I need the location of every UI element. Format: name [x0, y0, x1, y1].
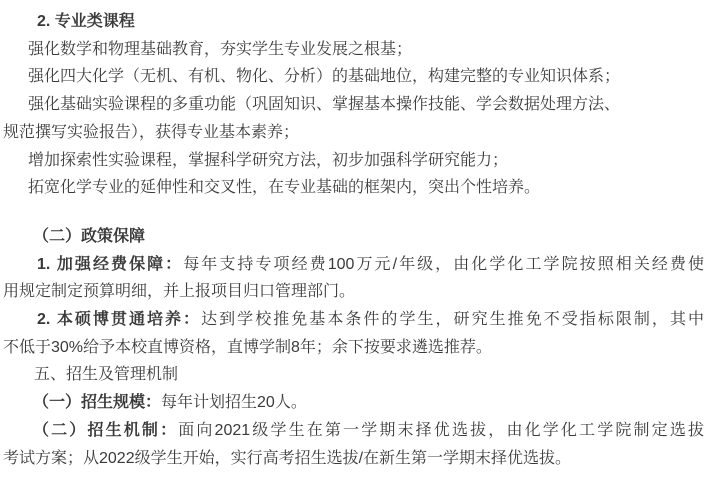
- paragraph-line: 拓宽化学专业的延伸性和交叉性，在专业基础的框架内，突出个性培养。: [3, 174, 704, 202]
- paragraph-text: 每年计划招生20人。: [161, 394, 307, 411]
- paragraph-line: 不低于30%给予本校直博资格，直博学制8年；余下按要求遴选推荐。: [3, 334, 704, 362]
- paragraph-line: 规范撰写实验报告），获得专业基本素养；: [3, 119, 704, 147]
- heading-specialty-courses: 2. 专业类课程: [3, 8, 704, 36]
- heading-enrollment-management: 五、招生及管理机制: [3, 361, 704, 389]
- paragraph-line: 强化基础实验课程的多重功能（巩固知识、掌握基本操作技能、学会数据处理方法、: [3, 91, 704, 119]
- paragraph-line: （二）招生机制：面向2021级学生在第一学期末择优选拔，由化学化工学院制定选拔: [3, 417, 704, 445]
- paragraph-text: 达到学校推免基本条件的学生，研究生推免不受指标限制，其中: [201, 311, 704, 328]
- paragraph-line: 1. 加强经费保障：每年支持专项经费100万元/年级，由化学化工学院按照相关经费…: [3, 251, 704, 279]
- paragraph-line: 强化数学和物理基础教育，夯实学生专业发展之根基；: [3, 36, 704, 64]
- paragraph-line: 2. 本硕博贯通培养：达到学校推免基本条件的学生，研究生推免不受指标限制，其中: [3, 306, 704, 334]
- heading-policy-guarantee: （二）政策保障: [3, 223, 704, 251]
- item-label-enrollment-scale: （一）招生规模：: [33, 394, 161, 411]
- paragraph-line: （一）招生规模：每年计划招生20人。: [3, 389, 704, 417]
- document-page: 2. 专业类课程 强化数学和物理基础教育，夯实学生专业发展之根基； 强化四大化学…: [0, 0, 709, 495]
- paragraph-line: 增加探索性实验课程，掌握科学研究方法，初步加强科学研究能力；: [3, 147, 704, 175]
- item-label-integrated-training: 2. 本硕博贯通培养：: [37, 311, 201, 328]
- item-label-funding: 1. 加强经费保障：: [37, 256, 183, 273]
- paragraph-text: 每年支持专项经费100万元/年级，由化学化工学院按照相关经费使: [183, 256, 704, 273]
- paragraph-line: 用规定制定预算明细，并上报项目归口管理部门。: [3, 278, 704, 306]
- paragraph-text: 面向2021级学生在第一学期末择优选拔，由化学化工学院制定选拔: [178, 422, 704, 439]
- paragraph-line: 强化四大化学（无机、有机、物化、分析）的基础地位，构建完整的专业知识体系；: [3, 63, 704, 91]
- paragraph-line: 考试方案；从2022级学生开始，实行高考招生选拔/在新生第一学期末择优选拔。: [3, 445, 704, 473]
- item-label-enrollment-mechanism: （二）招生机制：: [33, 422, 178, 439]
